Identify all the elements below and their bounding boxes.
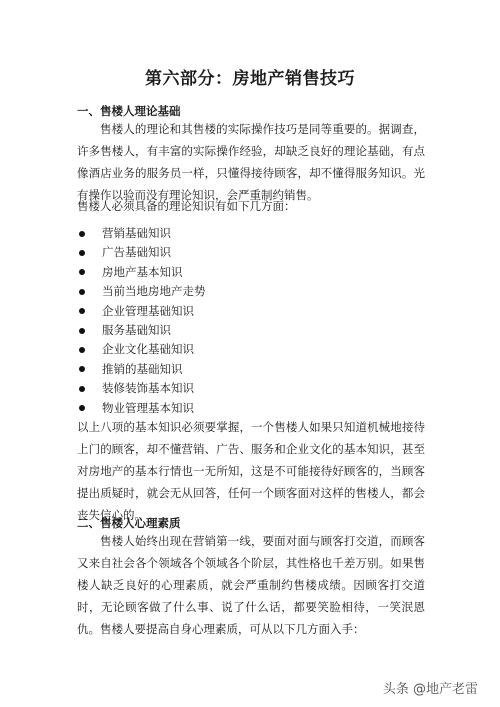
knowledge-list: 营销基础知识 广告基础知识 房地产基本知识 当前当地房地产走势 企业管理基础知识… xyxy=(77,224,206,418)
bullet-icon xyxy=(79,250,85,256)
list-item: 推销的基础知识 xyxy=(77,360,206,379)
section2-body-paragraph: 售楼人始终出现在营销第一线，要面对面与顾客打交道，而顾客又来自社会各个领域各个领… xyxy=(77,530,425,640)
list-item: 企业管理基础知识 xyxy=(77,302,206,321)
bullet-icon xyxy=(79,347,85,353)
list-item: 装修装饰基本知识 xyxy=(77,379,206,398)
watermark: 头条 @地产老雷 xyxy=(383,678,478,697)
bullet-icon xyxy=(79,269,85,275)
list-item: 房地产基本知识 xyxy=(77,263,206,282)
bullet-icon xyxy=(79,231,85,237)
section-heading-1: 一、售楼人理论基础 xyxy=(77,103,181,119)
list-item: 企业文化基础知识 xyxy=(77,340,206,359)
bullet-icon xyxy=(79,328,85,334)
bullet-icon xyxy=(79,386,85,392)
document-title: 第六部分：房地产销售技巧 xyxy=(0,64,500,89)
bullet-icon xyxy=(79,405,85,411)
list-intro-text: 售楼人必须具备的理论知识有如下几方面： xyxy=(77,195,425,217)
bullet-icon xyxy=(79,289,85,295)
section1-summary-paragraph: 以上八项的基本知识必须要掌握，一个售楼人如果只知道机械地接待上门的顾客，却不懂营… xyxy=(77,416,425,526)
list-item: 物业管理基本知识 xyxy=(77,399,206,418)
section1-intro-paragraph: 售楼人的理论和其售楼的实际操作技巧是同等重要的。据调查，许多售楼人，有丰富的实际… xyxy=(77,118,425,206)
list-item: 营销基础知识 xyxy=(77,224,206,243)
bullet-icon xyxy=(79,308,85,314)
list-item: 服务基础知识 xyxy=(77,321,206,340)
section-heading-2: 二、售楼人心理素质 xyxy=(77,515,181,531)
bullet-icon xyxy=(79,366,85,372)
list-item: 当前当地房地产走势 xyxy=(77,282,206,301)
list-item: 广告基础知识 xyxy=(77,243,206,262)
